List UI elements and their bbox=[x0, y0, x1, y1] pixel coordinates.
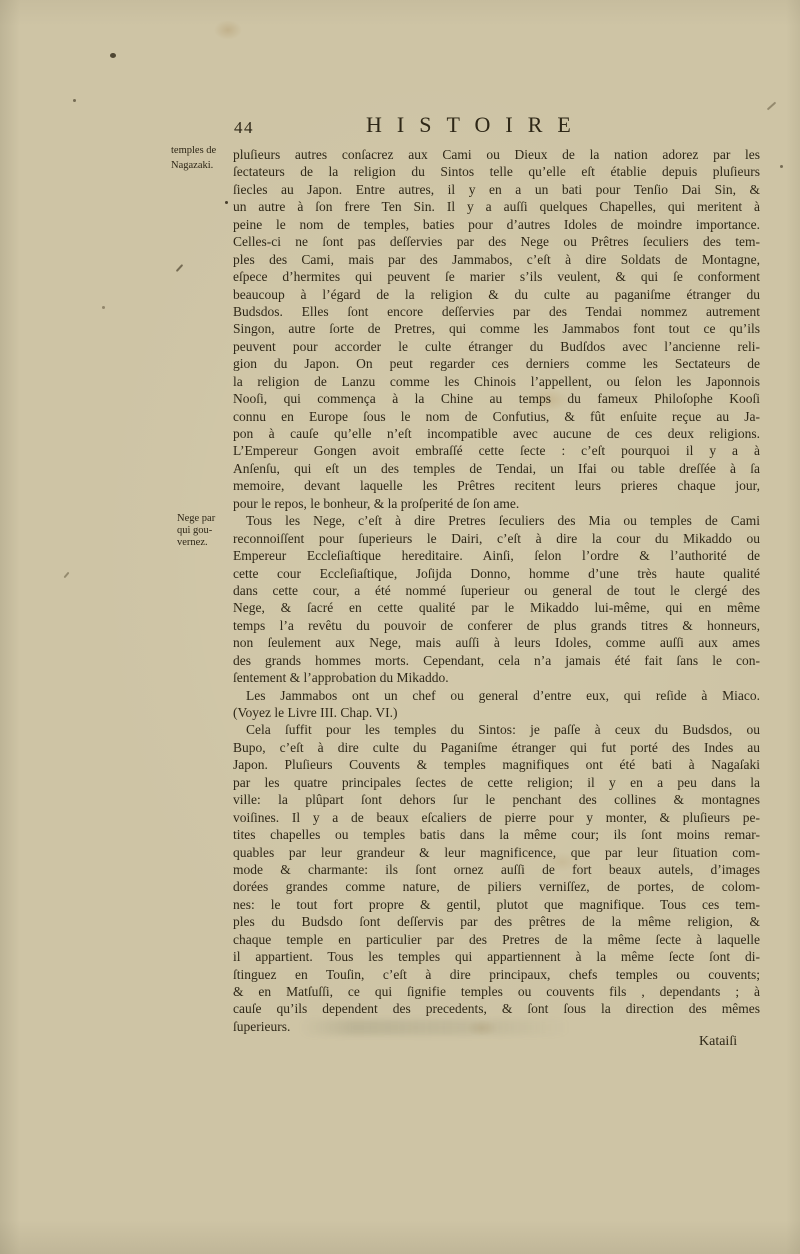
text-line: quables par leur grandeur & leur magnifi… bbox=[233, 844, 760, 861]
text-line: chaque temple en particulier par des Pre… bbox=[233, 931, 760, 948]
text-line: mode & charmante: ils ſont ornez auſſi d… bbox=[233, 861, 760, 878]
text-line: (Voyez le Livre III. Chap. VI.) bbox=[233, 704, 760, 721]
text-line: la religion de Lanzu comme les Chinois l… bbox=[233, 373, 760, 390]
ink-speck bbox=[767, 102, 777, 111]
text-line: dorées grandes comme nature, de piliers … bbox=[233, 878, 760, 895]
margin-note-temples-de-nagazaki: temples deNagazaki. bbox=[171, 143, 233, 173]
text-line: Celles-ci ne ſont pas deſſervies par des… bbox=[233, 233, 760, 250]
text-line: par les quatre principales ſectes de cet… bbox=[233, 774, 760, 791]
text-line: gion du Japon. On peut regarder ces dern… bbox=[233, 355, 760, 372]
body-text: pluſieurs autres conſacrez aux Cami ou D… bbox=[233, 146, 760, 1035]
margin-note-line: qui gou- bbox=[177, 525, 239, 537]
text-line: pon à cauſe qu’elle n’eſt incompatible a… bbox=[233, 425, 760, 442]
margin-note-line: vernez. bbox=[177, 537, 239, 549]
catchword: Kataiſi bbox=[699, 1034, 737, 1050]
text-line: reconnoiſſent pour ſuperieurs le Dairi, … bbox=[233, 530, 760, 547]
text-line: pluſieurs autres conſacrez aux Cami ou D… bbox=[233, 146, 760, 163]
text-line: ſectateurs de la religion du Sintos tell… bbox=[233, 163, 760, 180]
text-line: connu en Europe ſous le nom de Confutius… bbox=[233, 408, 760, 425]
text-line: beaucoup à l’égard de la religion & du c… bbox=[233, 286, 760, 303]
text-line: dans cette cour, a été nommé ſuperieur o… bbox=[233, 582, 760, 599]
text-line: cauſe qu’ils dependent des precedents, &… bbox=[233, 1000, 760, 1017]
ink-speck bbox=[780, 165, 783, 168]
margin-note-nege-par-qui-gouvernez: Nege parqui gou-vernez. bbox=[177, 513, 239, 550]
text-line: memoire, devant laquelle les Prêtres rec… bbox=[233, 477, 760, 494]
text-line: L’Empereur Gongen avoit embraſſé cette ſ… bbox=[233, 442, 760, 459]
text-line: Japon. Pluſieurs Couvents & temples magn… bbox=[233, 756, 760, 773]
text-line: voiſines. Il y a de beaux eſcaliers de p… bbox=[233, 809, 760, 826]
running-title: HISTOIRE bbox=[366, 112, 586, 138]
text-line: tites chapelles ou temples batis dans la… bbox=[233, 826, 760, 843]
ink-speck bbox=[176, 264, 184, 272]
text-line: cette cour Eccleſiaſtique, Joſijda Donno… bbox=[233, 565, 760, 582]
text-line: ſiecles au Japon. Entre autres, il y en … bbox=[233, 181, 760, 198]
text-line: Bupo, c’eſt à dire culte du Paganiſme ét… bbox=[233, 739, 760, 756]
text-line: Les Jammabos ont un chef ou general d’en… bbox=[233, 687, 760, 704]
book-page: 44 HISTOIRE temples deNagazaki. Nege par… bbox=[0, 0, 800, 1254]
text-line: Anſenſu, qui eſt un des temples de Tenda… bbox=[233, 460, 760, 477]
ink-speck bbox=[63, 572, 69, 579]
text-line: Empereur Eccleſiaſtique hereditaire. Ain… bbox=[233, 547, 760, 564]
margin-note-line: Nege par bbox=[177, 513, 239, 525]
text-line: ſtinguez en Touſin, c’eſt à dire princip… bbox=[233, 966, 760, 983]
text-line: des grands hommes morts. Cependant, cela… bbox=[233, 652, 760, 669]
text-line: ples du Budsdo ſont deſſervis par des pr… bbox=[233, 913, 760, 930]
text-line: peine le nom de temples, baties pour d’a… bbox=[233, 216, 760, 233]
text-line: Nooſi, qui commença à la Chine au temps … bbox=[233, 390, 760, 407]
text-line: Budsdos. Elles ſont encore deſſervies pa… bbox=[233, 303, 760, 320]
text-line: eſpece d’hermites qui peuvent ſe marier … bbox=[233, 268, 760, 285]
page-number: 44 bbox=[234, 118, 254, 138]
text-line: ſentement & l’approbation du Mikaddo. bbox=[233, 669, 760, 686]
text-line: ville: la plûpart ſont dehors ſur le pen… bbox=[233, 791, 760, 808]
text-line: non ſeulement aux Nege, mais auſſi à leu… bbox=[233, 634, 760, 651]
text-line: ples des Cami, mais par des Jammabos, c’… bbox=[233, 251, 760, 268]
text-line: Singon, autre ſorte de Pretres, qui comm… bbox=[233, 320, 760, 337]
text-line: Cela ſuffit pour les temples du Sintos: … bbox=[233, 721, 760, 738]
text-line: Nege, & ſacré en cette qualité par le Mi… bbox=[233, 599, 760, 616]
ink-speck bbox=[102, 306, 105, 309]
text-line: & en Matſuſſi, ce qui ſignifie temples o… bbox=[233, 983, 760, 1000]
text-line: un autre à ſon frere Ten Sin. Il y a auſ… bbox=[233, 198, 760, 215]
ink-speck bbox=[73, 99, 76, 102]
show-through-smudge bbox=[300, 1020, 570, 1035]
ink-speck bbox=[110, 53, 116, 58]
text-line: Tous les Nege, c’eſt à dire Pretres ſecu… bbox=[233, 512, 760, 529]
text-line: nes: le tout fort propre & gentil, pluto… bbox=[233, 896, 760, 913]
text-line: peuvent pour accorder le culte étranger … bbox=[233, 338, 760, 355]
text-line: temps l’a revêtu du pouvoir de conferer … bbox=[233, 617, 760, 634]
margin-note-line: Nagazaki. bbox=[171, 158, 233, 173]
text-line: il appartient. Tous les temples qui appa… bbox=[233, 948, 760, 965]
text-line: pour le repos, le bonheur, & la proſperi… bbox=[233, 495, 760, 512]
margin-note-line: temples de bbox=[171, 143, 233, 158]
ink-speck bbox=[225, 201, 228, 204]
